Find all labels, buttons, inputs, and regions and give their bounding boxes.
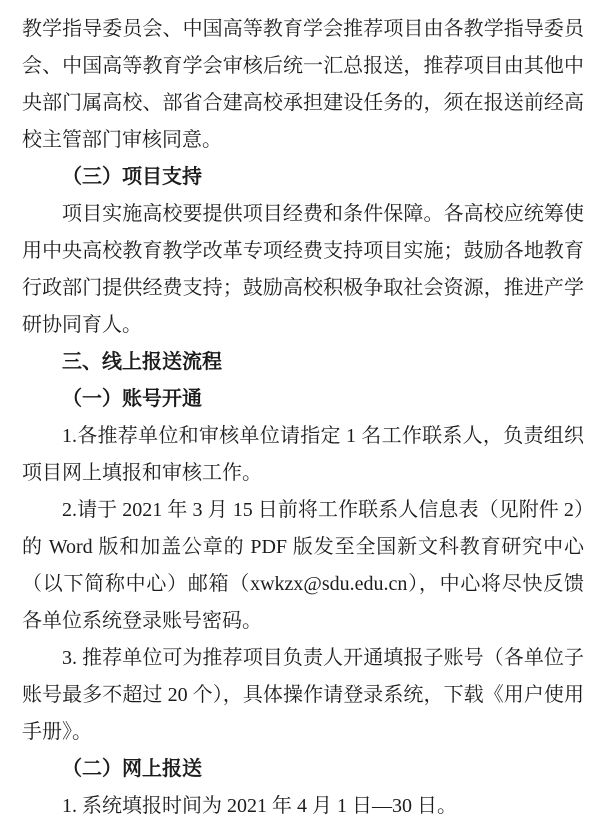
paragraph: 项目实施高校要提供项目经费和条件保障。各高校应统筹使用中央高校教育教学改革专项经…: [22, 196, 584, 344]
document-page: 教学指导委员会、中国高等教育学会推荐项目由各教学指导委员会、中国高等教育学会审核…: [0, 0, 605, 827]
document-body-text: 教学指导委员会、中国高等教育学会推荐项目由各教学指导委员会、中国高等教育学会审核…: [22, 11, 584, 825]
section-heading: （一）账号开通: [22, 381, 584, 418]
paragraph: 1. 系统填报时间为 2021 年 4 月 1 日—30 日。: [22, 788, 584, 825]
paragraph: 3. 推荐单位可为推荐项目负责人开通填报子账号（各单位子账号最多不超过 20 个…: [22, 640, 584, 751]
section-heading: 三、线上报送流程: [22, 344, 584, 381]
section-heading: （二）网上报送: [22, 751, 584, 788]
paragraph: 1.各推荐单位和审核单位请指定 1 名工作联系人，负责组织项目网上填报和审核工作…: [22, 418, 584, 492]
paragraph: 2.请于 2021 年 3 月 15 日前将工作联系人信息表（见附件 2）的 W…: [22, 492, 584, 640]
paragraph: 教学指导委员会、中国高等教育学会推荐项目由各教学指导委员会、中国高等教育学会审核…: [22, 11, 584, 159]
section-heading: （三）项目支持: [22, 159, 584, 196]
